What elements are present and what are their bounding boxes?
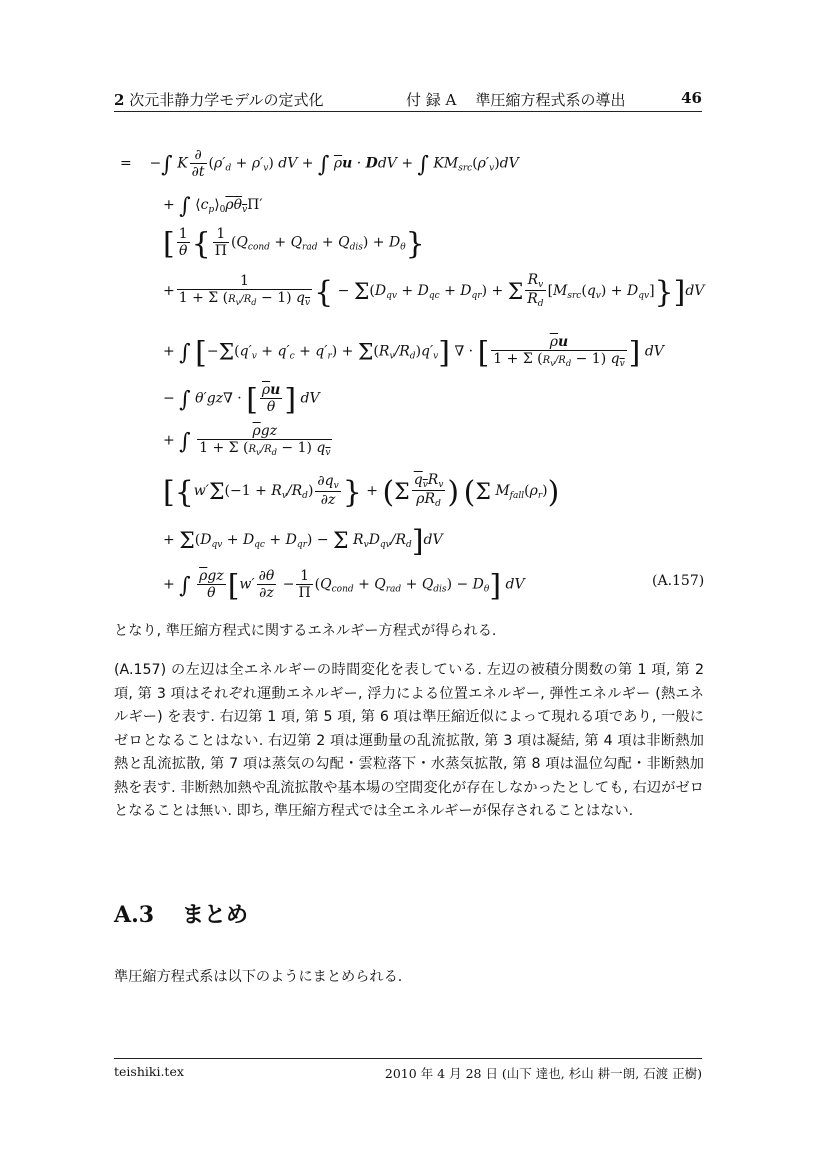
footer-date-authors: 2010 年 4 月 28 日 (山下 達也, 杉山 耕一朗, 石渡 正樹) bbox=[385, 1064, 702, 1082]
section-intro: 準圧縮方程式系は以下のようにまとめられる. bbox=[114, 966, 704, 990]
eq-line-9: + Σ(Dqv + Dqc + Dqr) − Σ RvDqv/Rd]dV bbox=[163, 524, 443, 559]
header-rule bbox=[114, 111, 702, 112]
equation-number: (A.157) bbox=[652, 573, 704, 589]
body-paragraph: (A.157) の左辺は全エネルギーの時間変化を表している. 左辺の被積分関数の… bbox=[114, 659, 704, 824]
after-equation-text: となり, 準圧縮方程式に関するエネルギー方程式が得られる. bbox=[114, 620, 704, 644]
eq-line-4: +11 + Σ (Rv/Rd − 1) qv{ − Σ(Dqv + Dqc + … bbox=[163, 272, 704, 310]
section-title: まとめ bbox=[182, 903, 248, 928]
eq-line-5: + ∫ [−Σ(q′v + q′c + q′r) + Σ(Rv/Rd)q′v] … bbox=[163, 334, 664, 371]
header-chapter: 2 次元非静力学モデルの定式化 bbox=[114, 89, 323, 110]
section-heading: A.3まとめ bbox=[114, 898, 248, 929]
eq-line-10: + ∫ ρgzθ[w′∂θ∂z −1Π(Qcond + Qrad + Qdis)… bbox=[163, 568, 525, 604]
page-number: 46 bbox=[681, 89, 702, 107]
header-appendix: 付 録 A 準圧縮方程式系の導出 bbox=[406, 89, 625, 110]
eq-line-2: + ∫ ⟨cp⟩0ρθvΠ′ bbox=[163, 194, 263, 219]
eq-line-8: [{w′Σ(−1 + Rv/Rd)∂qv∂z} + (ΣqvRvρRd) (Σ … bbox=[163, 472, 559, 510]
footer-filename: teishiki.tex bbox=[114, 1064, 184, 1079]
footer-rule bbox=[114, 1058, 702, 1059]
eq-line-3: [1θ{1Π(Qcond + Qrad + Qdis) + Dθ} bbox=[163, 226, 425, 262]
eq-line-6: − ∫ θ′gz∇ · [ρuθ] dV bbox=[163, 382, 320, 418]
running-header: 2 次元非静力学モデルの定式化 付 録 A 準圧縮方程式系の導出 46 bbox=[114, 89, 702, 111]
eq-line-1: = −∫ K∂∂t(ρ′d + ρ′v) dV + ∫ ρu · DdV + ∫… bbox=[120, 147, 519, 180]
eq-line-7: + ∫ ρgz1 + Σ (Rv/Rd − 1) qv bbox=[163, 423, 334, 458]
section-number: A.3 bbox=[114, 902, 154, 928]
